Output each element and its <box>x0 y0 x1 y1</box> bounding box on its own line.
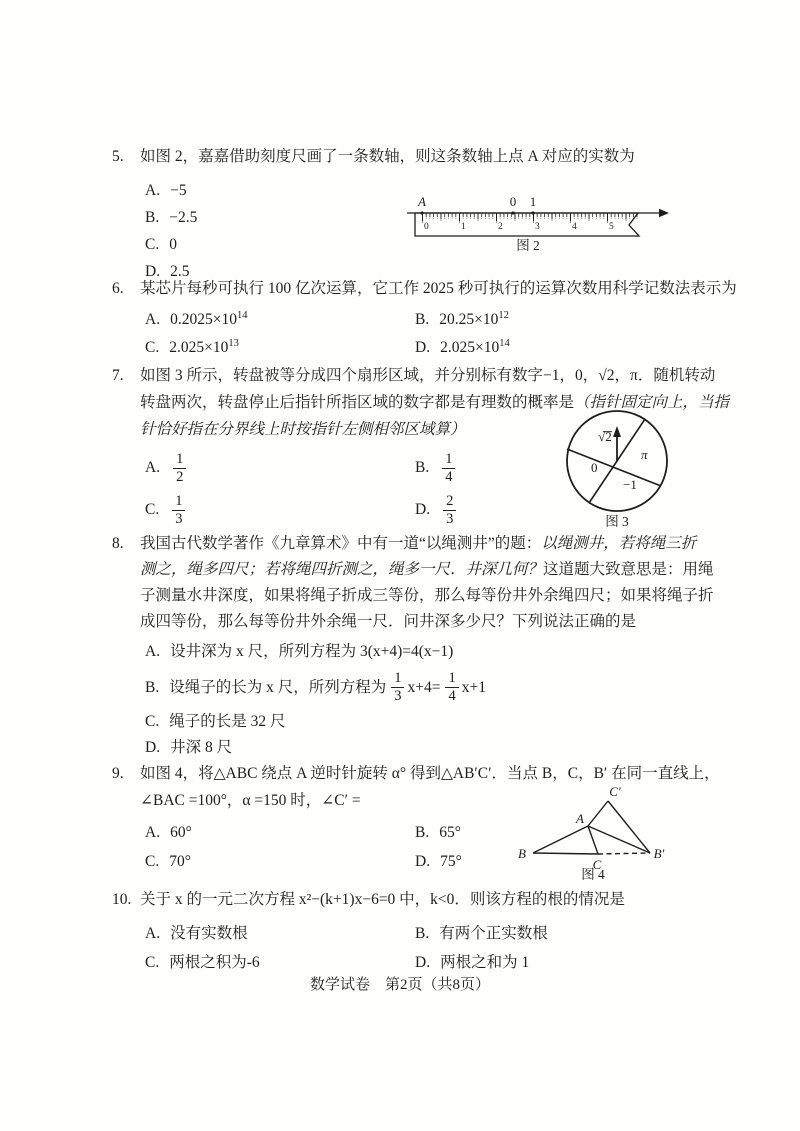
option-c: C.70° <box>145 847 415 876</box>
option-a: A.60° <box>145 818 415 847</box>
numerator: 1 <box>391 670 404 687</box>
exponent: 14 <box>237 310 248 321</box>
numerator: 1 <box>445 670 458 687</box>
ruler-major-ticks <box>422 214 638 223</box>
option-c: C.2.025×1013 <box>145 334 415 362</box>
question-8: 8.我国古代数学著作《九章算术》中有一道“以绳测井”的题：以绳测井，若将绳三折 … <box>112 531 712 761</box>
denominator: 3 <box>172 511 185 527</box>
question-7-stem-line-1: 7.如图 3 所示，转盘被等分成四个扇形区域，并分别标有数字−1，0，√2，π．… <box>112 362 712 389</box>
figure-2-ruler: A 0 1 0 1 2 3 4 5 图 2 <box>405 192 675 254</box>
equation-middle: x+4= <box>407 674 440 701</box>
option-c: C.13 <box>145 489 415 531</box>
denominator: 3 <box>391 688 404 704</box>
option-letter: A. <box>145 639 160 665</box>
exponent: 12 <box>498 310 509 321</box>
question-6-options: A.0.2025×1014 B.20.25×1012 C.2.025×1013 … <box>145 306 712 362</box>
label-one: 1 <box>530 194 537 209</box>
figure-4-caption: 图 4 <box>581 867 605 882</box>
option-text: 设绳子的长为 x 尺，所列方程为 <box>169 674 386 701</box>
vertex-label-b: B <box>518 846 526 861</box>
exponent: 14 <box>499 338 510 349</box>
question-number: 5. <box>112 143 140 170</box>
option-value: 有两个正实数根 <box>439 925 548 942</box>
option-value: 65° <box>439 824 461 841</box>
option-letter: D. <box>415 847 430 876</box>
fraction: 14 <box>445 670 458 703</box>
figure-3-spinner: √2 π 0 −1 图 3 <box>551 404 686 529</box>
option-a: A.没有实数根 <box>145 919 415 948</box>
option-d: D.井深 8 尺 <box>145 735 712 761</box>
numerator: 1 <box>173 451 186 468</box>
dashed-segment-c-bprime <box>598 853 650 854</box>
exponent: 13 <box>228 338 239 349</box>
option-letter: B. <box>415 454 429 482</box>
figure-2-caption: 图 2 <box>516 238 540 253</box>
option-value: 两根之和为 1 <box>440 954 529 971</box>
sector-label-zero: 0 <box>591 460 598 475</box>
option-letter: A. <box>145 177 160 204</box>
denominator: 3 <box>443 511 456 527</box>
denominator: 4 <box>442 469 455 485</box>
option-value: 没有实数根 <box>170 925 248 942</box>
option-letter: C. <box>145 496 159 524</box>
numerator: 1 <box>172 493 185 510</box>
fraction: 14 <box>442 451 455 484</box>
spinner-pointer-arrowhead <box>613 426 621 437</box>
option-letter: D. <box>415 334 430 362</box>
question-8-stem-line-4: 成四等份，那么每等份井外余绳一尺．问井深多少尺？下列说法正确的是 <box>112 609 712 635</box>
denominator: 2 <box>173 469 186 485</box>
option-a: A.12 <box>145 447 415 489</box>
option-letter: C. <box>145 231 159 258</box>
option-value: 2.025×10 <box>440 339 499 356</box>
question-10: 10.关于 x 的一元二次方程 x²−(k+1)x−6=0 中，k<0．则该方程… <box>112 886 712 977</box>
option-value: 2.025×10 <box>169 339 228 356</box>
option-value: 20.25×10 <box>439 311 498 328</box>
question-10-options: A.没有实数根 B.有两个正实数根 C.两根之积为-6 D.两根之和为 1 <box>145 919 712 977</box>
question-8-stem-line-2: 测之，绳多四尺；若将绳四折测之，绳多一尺．井深几何？这道题大致意思是：用绳 <box>112 557 712 583</box>
option-a: A.0.2025×1014 <box>145 306 415 334</box>
question-number: 8. <box>112 531 140 557</box>
numerator: 2 <box>443 493 456 510</box>
stem-text: 转盘两次，转盘停止后指针所指区域的数字都是有理数的概率是 <box>140 394 574 411</box>
option-letter: A. <box>145 306 160 334</box>
option-letter: B. <box>415 306 429 334</box>
stem-text: 如图 2，嘉嘉借助刻度尺画了一条数轴，则这条数轴上点 A 对应的实数为 <box>140 148 635 165</box>
fraction: 13 <box>391 670 404 703</box>
option-letter: C. <box>145 709 159 735</box>
numerator: 1 <box>442 451 455 468</box>
option-value: 75° <box>440 853 462 870</box>
option-letter: B. <box>145 204 159 231</box>
point-a-dot <box>420 211 423 214</box>
option-value: 两根之积为-6 <box>169 954 259 971</box>
question-number: 9. <box>112 760 140 787</box>
option-b: B.有两个正实数根 <box>415 919 712 948</box>
option-value: 0 <box>169 236 177 253</box>
option-value: 0.2025×10 <box>170 311 237 328</box>
triangle-edges <box>533 801 650 854</box>
vertex-label-b-prime: B′ <box>654 846 665 861</box>
option-a: A.设井深为 x 尺，所列方程为 3(x+4)=4(x−1) <box>145 639 712 665</box>
sector-label-neg1: −1 <box>623 477 637 492</box>
option-value: 设井深为 x 尺，所列方程为 3(x+4)=4(x−1) <box>170 643 453 660</box>
question-8-options: A.设井深为 x 尺，所列方程为 3(x+4)=4(x−1) B.设绳子的长为 … <box>145 639 712 761</box>
option-letter: B. <box>145 674 159 701</box>
option-c: C.绳子的长是 32 尺 <box>145 709 712 735</box>
number-line-arrowhead <box>659 209 669 217</box>
option-value: −2.5 <box>169 209 197 226</box>
question-number: 6. <box>112 276 140 302</box>
exam-page: 5.如图 2，嘉嘉借助刻度尺画了一条数轴，则这条数轴上点 A 对应的实数为 A.… <box>0 0 800 1131</box>
stem-text: 关于 x 的一元二次方程 x²−(k+1)x−6=0 中，k<0．则该方程的根的… <box>140 891 625 908</box>
point-zero-dot <box>511 211 514 214</box>
figure-4-triangle: B C B′ A C′ 图 4 <box>505 783 680 883</box>
stem-text: 某芯片每秒可执行 100 亿次运算，它工作 2025 秒可执行的运算次数用科学记… <box>140 280 737 297</box>
option-d: D.2.025×1014 <box>415 334 712 362</box>
vertex-label-a: A <box>575 811 584 826</box>
stem-text: 如图 3 所示，转盘被等分成四个扇形区域，并分别标有数字−1，0，√2，π．随机… <box>140 367 715 384</box>
option-value: 60° <box>170 824 192 841</box>
stem-text: 成四等份，那么每等份井外余绳一尺．问井深多少尺？下列说法正确的是 <box>140 613 636 630</box>
label-zero: 0 <box>510 194 517 209</box>
option-value: 绳子的长是 32 尺 <box>169 713 285 730</box>
question-number: 10. <box>112 886 140 913</box>
option-value: −5 <box>170 182 187 199</box>
ruler-number-0: 0 <box>424 222 429 232</box>
option-b: B.设绳子的长为 x 尺，所列方程为13x+4=14x+1 <box>145 665 712 709</box>
question-8-stem-line-1: 8.我国古代数学著作《九章算术》中有一道“以绳测井”的题：以绳测井，若将绳三折 <box>112 531 712 557</box>
stem-note-text: 针恰好指在分界线上时按指针左侧相邻区域算） <box>140 421 466 438</box>
option-letter: B. <box>415 818 429 847</box>
option-letter: A. <box>145 818 160 847</box>
fraction: 13 <box>172 493 185 526</box>
option-letter: B. <box>415 919 429 948</box>
stem-text: 如图 4，将△ABC 绕点 A 逆时针旋转 α° 得到△AB′C′．当点 B，C… <box>140 765 720 782</box>
fraction: 23 <box>443 493 456 526</box>
stem-text: 子测量水井深度，如果将绳子折成三等份，那么每等份井外余绳四尺；如果将绳子折 <box>140 587 714 604</box>
stem-text: ∠BAC =100°，α =150 时，∠C′ = <box>140 792 361 809</box>
option-letter: D. <box>145 735 160 761</box>
option-letter: C. <box>145 847 159 876</box>
option-letter: A. <box>145 454 160 482</box>
classical-quote: 以绳测井，若将绳三折 <box>541 535 696 552</box>
stem-text: 这道题大致意思是：用绳 <box>543 561 714 578</box>
question-6-stem: 6.某芯片每秒可执行 100 亿次运算，它工作 2025 秒可执行的运算次数用科… <box>112 276 712 302</box>
ruler-number-3: 3 <box>535 222 540 232</box>
classical-quote: 测之，绳多四尺；若将绳四折测之，绳多一尺．井深几何？ <box>140 561 543 578</box>
question-10-stem: 10.关于 x 的一元二次方程 x²−(k+1)x−6=0 中，k<0．则该方程… <box>112 886 712 913</box>
ruler-number-4: 4 <box>572 222 577 232</box>
vertex-label-c-prime: C′ <box>609 784 621 799</box>
point-one-dot <box>531 211 534 214</box>
option-letter: D. <box>415 496 430 524</box>
fraction: 12 <box>173 451 186 484</box>
stem-text: 我国古代数学著作《九章算术》中有一道“以绳测井”的题： <box>140 535 541 552</box>
equation-suffix: x+1 <box>462 674 486 701</box>
question-8-stem-line-3: 子测量水井深度，如果将绳子折成三等份，那么每等份井外余绳四尺；如果将绳子折 <box>112 583 712 609</box>
sector-label-pi: π <box>641 447 648 462</box>
option-value: 70° <box>169 853 191 870</box>
option-value: 井深 8 尺 <box>170 739 232 756</box>
label-point-a: A <box>417 194 426 209</box>
ruler-number-2: 2 <box>498 222 503 232</box>
option-letter: A. <box>145 919 160 948</box>
question-6: 6.某芯片每秒可执行 100 亿次运算，它工作 2025 秒可执行的运算次数用科… <box>112 276 712 362</box>
option-b: B.20.25×1012 <box>415 306 712 334</box>
question-5-stem: 5.如图 2，嘉嘉借助刻度尺画了一条数轴，则这条数轴上点 A 对应的实数为 <box>112 143 712 170</box>
question-number: 7. <box>112 362 140 389</box>
figure-3-caption: 图 3 <box>605 514 629 529</box>
page-footer: 数学试卷 第2页（共8页） <box>0 972 800 999</box>
ruler-number-5: 5 <box>609 222 614 232</box>
denominator: 4 <box>445 688 458 704</box>
ruler-number-1: 1 <box>461 222 466 232</box>
option-letter: C. <box>145 334 159 362</box>
